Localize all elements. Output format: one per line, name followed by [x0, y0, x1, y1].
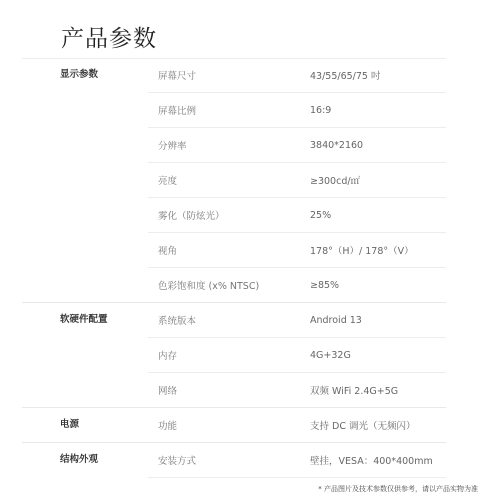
spec-key: 屏幕尺寸	[148, 68, 310, 82]
spec-key: 屏幕比例	[148, 103, 310, 117]
spec-row-network: 网络 双频 WiFi 2.4G+5G	[148, 372, 446, 407]
spec-value: 25%	[310, 210, 331, 221]
section-label: 结构外观	[60, 443, 98, 477]
spec-row-brightness: 亮度 ≥300cd/㎡	[148, 162, 446, 197]
spec-row-os-version: 系统版本 Android 13	[148, 303, 446, 337]
spec-value: 43/55/65/75 吋	[310, 68, 380, 82]
divider	[148, 477, 446, 478]
section-hardware-software: 软硬件配置 系统版本 Android 13 内存 4G+32G 网络 双频 Wi…	[22, 302, 446, 407]
spec-row-function: 功能 支持 DC 调光（无频闪）	[148, 408, 446, 442]
spec-key: 安装方式	[148, 453, 310, 467]
spec-row-viewing-angle: 视角 178°（H）/ 178°（V）	[148, 232, 446, 267]
spec-key: 内存	[148, 348, 310, 362]
spec-key: 系统版本	[148, 313, 310, 327]
disclaimer-footnote: * 产品图片及技术参数仅供参考，请以产品实物为准	[318, 484, 478, 494]
section-structure: 结构外观 安装方式 壁挂，VESA：400*400mm	[22, 442, 446, 478]
spec-key: 色彩饱和度 (x% NTSC)	[148, 278, 310, 292]
spec-key: 网络	[148, 383, 310, 397]
section-label: 显示参数	[60, 58, 98, 92]
spec-row-screen-size: 屏幕尺寸 43/55/65/75 吋	[148, 58, 446, 92]
spec-value: 4G+32G	[310, 350, 351, 361]
spec-table: 显示参数 屏幕尺寸 43/55/65/75 吋 屏幕比例 16:9 分辨率 38…	[22, 58, 446, 478]
spec-row-memory: 内存 4G+32G	[148, 337, 446, 372]
spec-key: 视角	[148, 243, 310, 257]
spec-row-resolution: 分辨率 3840*2160	[148, 127, 446, 162]
spec-row-mounting: 安装方式 壁挂，VESA：400*400mm	[148, 443, 446, 477]
spec-value: 178°（H）/ 178°（V）	[310, 243, 414, 257]
section-power: 电源 功能 支持 DC 调光（无频闪）	[22, 407, 446, 442]
section-display: 显示参数 屏幕尺寸 43/55/65/75 吋 屏幕比例 16:9 分辨率 38…	[22, 58, 446, 302]
spec-value: 支持 DC 调光（无频闪）	[310, 418, 416, 432]
spec-value: Android 13	[310, 315, 362, 326]
spec-key: 亮度	[148, 173, 310, 187]
spec-value: 16:9	[310, 105, 331, 116]
spec-value: ≥85%	[310, 280, 339, 291]
spec-row-color-gamut: 色彩饱和度 (x% NTSC) ≥85%	[148, 267, 446, 302]
spec-value: 壁挂，VESA：400*400mm	[310, 453, 433, 467]
section-label: 电源	[60, 408, 79, 442]
section-label: 软硬件配置	[60, 303, 108, 337]
spec-value: ≥300cd/㎡	[310, 173, 360, 187]
spec-row-aspect-ratio: 屏幕比例 16:9	[148, 92, 446, 127]
spec-key: 功能	[148, 418, 310, 432]
spec-row-anti-glare: 雾化（防炫光） 25%	[148, 197, 446, 232]
spec-value: 双频 WiFi 2.4G+5G	[310, 383, 398, 397]
page-title: 产品参数	[61, 20, 157, 53]
spec-value: 3840*2160	[310, 140, 363, 151]
spec-key: 雾化（防炫光）	[148, 208, 310, 222]
spec-key: 分辨率	[148, 138, 310, 152]
